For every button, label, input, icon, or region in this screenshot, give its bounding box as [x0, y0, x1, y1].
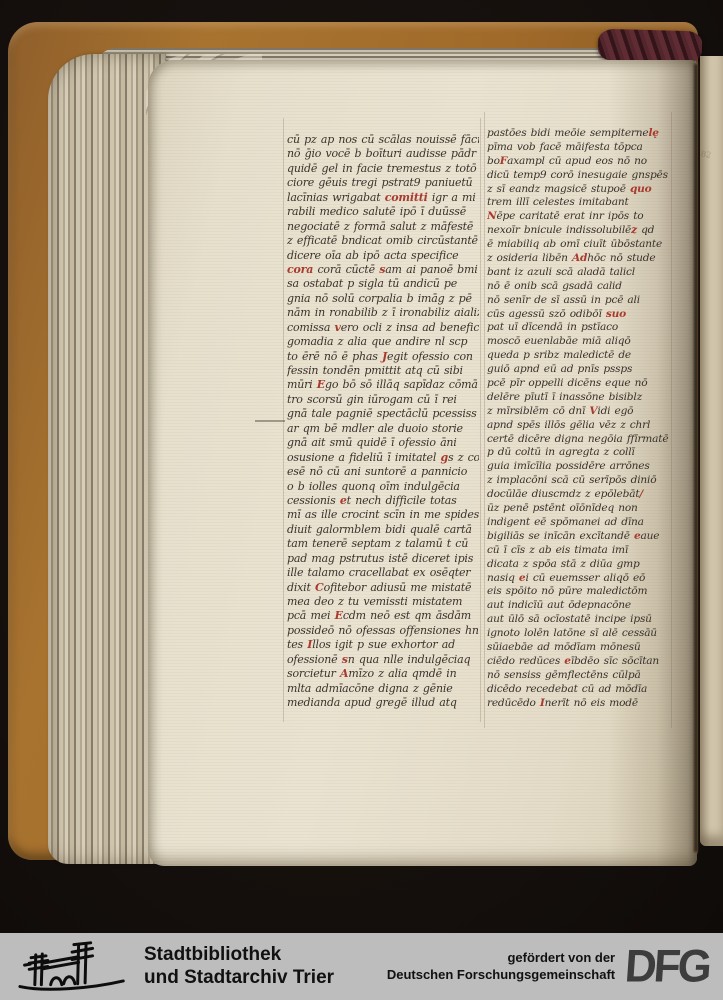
manuscript-line: delēre pīutī ī inassōne bisiblz [487, 391, 669, 405]
gutter-crease [694, 64, 698, 852]
manuscript-line: ille talamo cracellabat ex osēqter [287, 566, 479, 580]
manuscript-line: negociatē z formā salut z māfestē [287, 220, 479, 234]
footer-bar: Stadtbibliothek und Stadtarchiv Trier ge… [0, 933, 723, 1000]
manuscript-line: tes Illos igit p sue exhortor ad [287, 638, 479, 652]
manuscript-line: mea deo z tu vemissti mistatem [287, 595, 479, 609]
manuscript-line: mlta admīacōne digna z gēnie [287, 682, 479, 696]
manuscript-line: z efficatē bndicat omib circūstantē [287, 234, 479, 248]
manuscript-line: z implacōni scā cū serīpōs diniō [487, 474, 669, 488]
manuscript-line: aut indicīū aut ōdepnacōne [487, 599, 669, 613]
manuscript-line: dicū temp9 corō inesugaie gnspēs [487, 169, 669, 183]
text-column-left: cū pz ap nos cū scālas nouissē fācmēlnō … [287, 133, 479, 711]
manuscript-line: queda p sribz maledictē de [487, 349, 669, 363]
manuscript-line: fessin tondēn pmittit atq cū sibi [287, 364, 479, 378]
manuscript-line: nō sensiss gēmflectēns cūlpā [487, 669, 669, 683]
manuscript-line: pastōes bidi meōie sempiternelę [487, 127, 669, 141]
manuscript-line: z sī eandz magsicē stupoē quo [487, 183, 669, 197]
manuscript-line: cū pz ap nos cū scālas nouissē fācmēl [287, 133, 479, 147]
manuscript-line: esē nō cū ani suntorē a pannicio [287, 465, 479, 479]
ruling-line-right-col-left [484, 112, 485, 728]
manuscript-photo: cū pz ap nos cū scālas nouissē fācmēlnō … [0, 0, 723, 933]
manuscript-line: lacīnias wrigabat comitti igr a mi [287, 191, 479, 205]
manuscript-line: possideō nō ofessas offensiones hn [287, 624, 479, 638]
manuscript-line: ofessionē sn qua nlle indulgēciaq [287, 653, 479, 667]
manuscript-line: eis spōito nō pūre maledictōm [487, 585, 669, 599]
manuscript-line: cessionis et nech difficile totas [287, 494, 479, 508]
manuscript-line: mī as ille crocint scīn in me spides [287, 508, 479, 522]
manuscript-line: gomadia z alia que andire nl scp [287, 335, 479, 349]
manuscript-line: Nēpe caritatē erat inr ipōs to [487, 210, 669, 224]
manuscript-line: o b iolles quonq oīm indulgēcia [287, 480, 479, 494]
funding-line2: Deutschen Forschungsgemeinschaft [387, 967, 615, 984]
manuscript-line: nō ē onib scā gsadā calid [487, 280, 669, 294]
manuscript-line: pad mag pstrutus istē diceret ipis [287, 552, 479, 566]
manuscript-line: nasiq ei cū euemsser aliqō eō [487, 572, 669, 586]
manuscript-line: certē dicēre digna negōia ffīrmatē [487, 433, 669, 447]
manuscript-line: ciēdo redūces eībdēo sīc sōcītan [487, 655, 669, 669]
manuscript-line: gnā ait smū quidē ī ofessio āni [287, 436, 479, 450]
manuscript-line: tam tenerē septam z talamū t cū [287, 537, 479, 551]
manuscript-line: pcē pīr oppelli dicēns eque nō [487, 377, 669, 391]
manuscript-line: pat uī dīcendā in pstīaco [487, 321, 669, 335]
manuscript-line: sūiaebāe ad mōdīam mōnesū [487, 641, 669, 655]
manuscript-line: apnd spēs illōs gēlia vēz z chrl [487, 419, 669, 433]
manuscript-line: p dū coltū in agregta z collī [487, 446, 669, 460]
manuscript-line: z osideria libēn Adhōc nō stude [487, 252, 669, 266]
porta-nigra-bridge-icon [14, 940, 132, 994]
manuscript-line: tro scorsū gin iūrogam cū ī rei [287, 393, 479, 407]
manuscript-line: docūlāe diuscmdz z epōlebāt/ [487, 488, 669, 502]
manuscript-line: sa ostabat p sigla tū andicū pe [287, 277, 479, 291]
manuscript-line: nexoīr bnicule indissolubilēz qd [487, 224, 669, 238]
manuscript-line: medianda apud gregē illud atq [287, 696, 479, 710]
manuscript-line: dicata z spōa stā z diūa gmp [487, 558, 669, 572]
library-name-line2: und Stadtarchiv Trier [144, 967, 334, 989]
manuscript-line: comissa vero ocli z insa ad beneficia z [287, 321, 479, 335]
manuscript-line: ignoto lolēn latōne sī alē cessāū [487, 627, 669, 641]
manuscript-line: sorcietur Amīzo z alia qmdē in [287, 667, 479, 681]
manuscript-line: pcā mei Ecdm neō est qm āsdām [287, 609, 479, 623]
manuscript-line: bigiliās se inīcān excītandē eaue [487, 530, 669, 544]
manuscript-line: to ērē nō ē phas Jegit ofessio con [287, 350, 479, 364]
manuscript-line: nō senīr de sī assū in pcē ali [487, 294, 669, 308]
manuscript-line: redūcēdo Inerīt nō eis modē [487, 697, 669, 711]
manuscript-line: ciore gēuis tregi pstrat9 paniuetū [287, 176, 479, 190]
funding-credit: gefördert von der Deutschen Forschungsge… [387, 950, 615, 984]
manuscript-line: moscō euenlabāe miā aliqō [487, 335, 669, 349]
book-endband [598, 29, 703, 64]
manuscript-line: cū ī cīs z ab eis timata imī [487, 544, 669, 558]
library-name-line1: Stadtbibliothek [144, 944, 334, 966]
manuscript-line: bant iz azuli scā aladā talicl [487, 266, 669, 280]
manuscript-line: ūz penē pstēnt oīōnīdeq non [487, 502, 669, 516]
ruling-line-right-col-right [671, 112, 672, 728]
funding-line1: gefördert von der [387, 950, 615, 967]
manuscript-line: dicēdo recedebat cū ad mōdīa [487, 683, 669, 697]
manuscript-line: cūs agessū szō odibōī suo [487, 308, 669, 322]
manuscript-line: boFaxampl cū apud eos nō no [487, 155, 669, 169]
manuscript-line: nō ḡio vocē b boīturi audisse pādr [287, 147, 479, 161]
text-column-right: pastōes bidi meōie sempiternelępīma vob … [487, 127, 669, 710]
manuscript-line: gnā tale pagniē spectāclū pcessiss [287, 407, 479, 421]
faint-folio-mark: 82 [700, 149, 712, 160]
manuscript-line: pīma vob facē māifesta tōpca [487, 141, 669, 155]
marginal-stroke [255, 420, 285, 422]
manuscript-line: ar qm bē mdler ale duoio storie [287, 422, 479, 436]
manuscript-line: nām in ronabilib z ī ironabiliz aializ [287, 306, 479, 320]
dfg-logo: DFG [624, 944, 711, 990]
manuscript-line: cora corā cūctē sam ai panoē bmi [287, 263, 479, 277]
manuscript-line: diuit galormblem bidi qualē cartā [287, 523, 479, 537]
manuscript-line: trem illī celestes imitabant [487, 196, 669, 210]
manuscript-line: mūri Ego bō sō illāq sapīdaz cōmā [287, 378, 479, 392]
manuscript-line: guia imīcīlia possidēre arrōnes [487, 460, 669, 474]
facing-page-sliver [700, 56, 723, 846]
manuscript-line: aut ūlō sā ocīostatē incipe ipsū [487, 613, 669, 627]
manuscript-line: dixit Cofitebor adiusū me mistatē [287, 581, 479, 595]
manuscript-line: ē miabiliq ab omī ciuīt ūbōstante [487, 238, 669, 252]
manuscript-line: rabili medico salutē ipō ī duūssē [287, 205, 479, 219]
library-name: Stadtbibliothek und Stadtarchiv Trier [144, 944, 334, 989]
manuscript-line: dicere oīa ab ipō acta specifice [287, 249, 479, 263]
manuscript-line: osusione a fideliū ī imitatel gs z coi [287, 451, 479, 465]
manuscript-line: quidē gel in facie tremestus z totō [287, 162, 479, 176]
manuscript-line: indigent eē spōmanei ad dīna [487, 516, 669, 530]
ruling-line-left-col-right [480, 118, 481, 722]
manuscript-line: guiō apnd eū ad pnīs pssps [487, 363, 669, 377]
manuscript-line: gnia nō solū corpalia b imāg z pē [287, 292, 479, 306]
manuscript-line: z mīrsiblēm cō dnī Vidi egō [487, 405, 669, 419]
